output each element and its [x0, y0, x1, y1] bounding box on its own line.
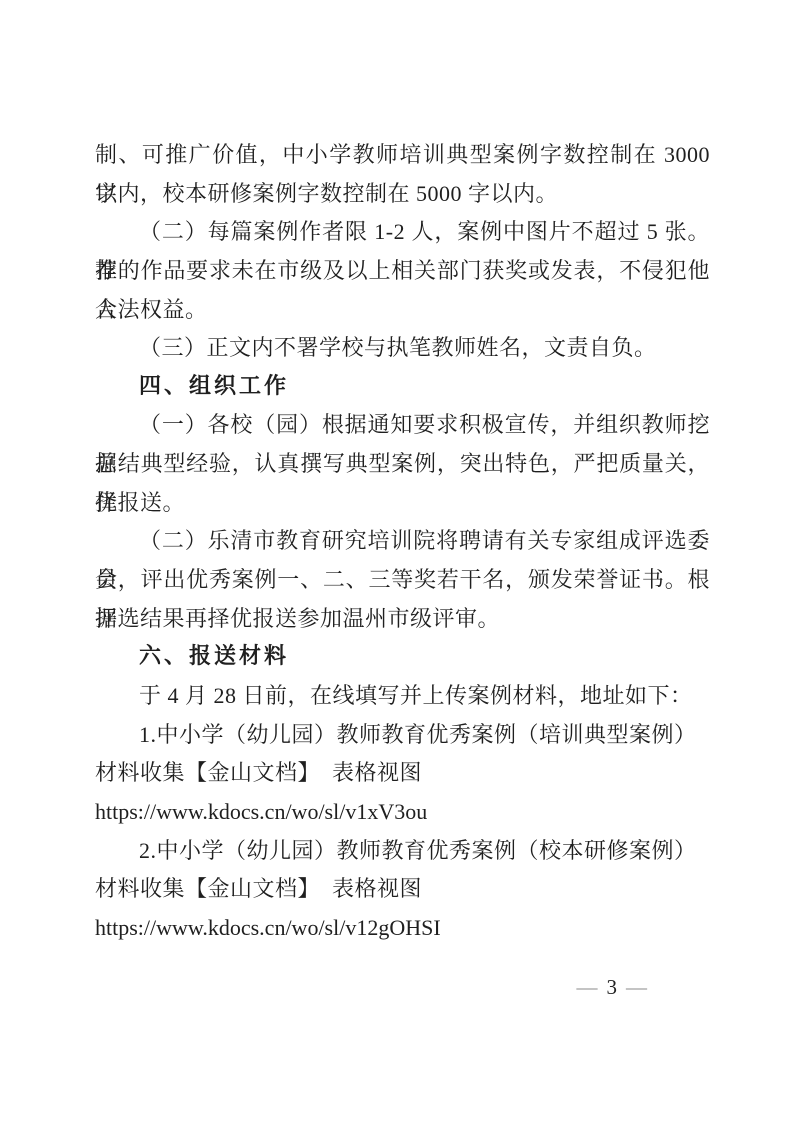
url-text: https://www.kdocs.cn/wo/sl/v12gOHSI — [95, 909, 710, 948]
text-line: 荐的作品要求未在市级及以上相关部门获奖或发表，不侵犯他人 — [95, 252, 710, 291]
text-line: 以内，校本研修案例字数控制在 5000 字以内。 — [95, 175, 710, 214]
document-page: 制、可推广价值，中小学教师培训典型案例字数控制在 3000 字以内，校本研修案例… — [0, 0, 794, 1122]
text-line: （三）正文内不署学校与执笔教师姓名，文责自负。 — [95, 329, 710, 368]
text-line: 2.中小学（幼儿园）教师教育优秀案例（校本研修案例） — [95, 832, 710, 871]
section-heading: 四、组织工作 — [95, 368, 710, 407]
text-line: （二）乐清市教育研究培训院将聘请有关专家组成评选委员 — [95, 522, 710, 561]
url-text: https://www.kdocs.cn/wo/sl/v1xV3ou — [95, 793, 710, 832]
text-line: 合法权益。 — [95, 291, 710, 330]
text-line: 材料收集【金山文档】 表格视图 — [95, 754, 710, 793]
text-line: 1.中小学（幼儿园）教师教育优秀案例（培训典型案例） — [95, 716, 710, 755]
footer-dash-left: — — [577, 975, 598, 999]
text-line: 会，评出优秀案例一、二、三等奖若干名，颁发荣誉证书。根据 — [95, 561, 710, 600]
page-footer: —3— — [0, 970, 647, 1004]
text-line: 评选结果再择优报送参加温州市级评审。 — [95, 600, 710, 639]
text-line: 总结典型经验，认真撰写典型案例，突出特色，严把质量关，择 — [95, 445, 710, 484]
text-line: 于 4 月 28 日前，在线填写并上传案例材料，地址如下： — [95, 677, 710, 716]
text-line: 材料收集【金山文档】 表格视图 — [95, 870, 710, 909]
text-line: 制、可推广价值，中小学教师培训典型案例字数控制在 3000 字 — [95, 136, 710, 175]
text-line: （二）每篇案例作者限 1-2 人，案例中图片不超过 5 张。推 — [95, 213, 710, 252]
text-line: 优报送。 — [95, 484, 710, 523]
page-number: 3 — [607, 975, 618, 999]
footer-dash-right: — — [626, 975, 647, 999]
section-heading: 六、报送材料 — [95, 638, 710, 677]
document-body: 制、可推广价值，中小学教师培训典型案例字数控制在 3000 字以内，校本研修案例… — [95, 136, 710, 947]
text-line: （一）各校（园）根据通知要求积极宣传，并组织教师挖掘 — [95, 406, 710, 445]
